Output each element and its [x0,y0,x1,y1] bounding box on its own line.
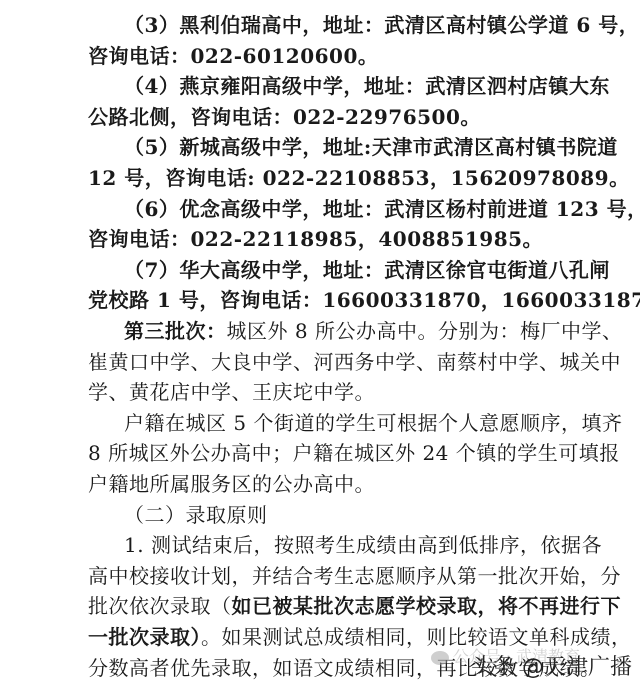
document-line: 1. 测试结束后，按照考生成绩由高到低排序，依据各 [124,532,602,558]
body-text: 学、黄花店中学、王庆坨中学。 [88,380,375,404]
document-line: 学、黄花店中学、王庆坨中学。 [88,379,375,405]
toutiao-watermark: 头条 @天津广播 [471,650,632,681]
document-line: （3）黑利伯瑞高中，地址：武清区高村镇公学道 6 号， [124,12,639,38]
body-text: 1. 测试结束后，按照考生成绩由高到低排序，依据各 [124,533,602,557]
bold-text: （3）黑利伯瑞高中，地址：武清区高村镇公学道 6 号， [124,13,639,37]
body-text: 户籍在城区 5 个街道的学生可根据个人意愿顺序，填齐 [124,411,622,435]
document-line: 公路北侧，咨询电话：022-22976500。 [88,104,481,130]
bold-text: （7）华大高级中学，地址：武清区徐官屯街道八孔闸 [124,258,610,282]
document-line: 8 所城区外公办高中；户籍在城区外 24 个镇的学生可填报 [88,440,620,466]
document-line: （4）燕京雍阳高级中学，地址：武清区泗村店镇大东 [124,73,610,99]
document-line: 12 号，咨询电话: 022-22108853，15620978089。 [88,165,630,191]
bold-text: 12 号，咨询电话: 022-22108853，15620978089。 [88,166,630,190]
document-line: 党校路 1 号，咨询电话：16600331870，16600331871。 [88,287,640,313]
bold-text: 公路北侧，咨询电话：022-22976500。 [88,105,481,129]
body-text: 高中校接收计划，并结合考生志愿顺序从第一批次开始，分 [88,564,621,588]
document-line: 崔黄口中学、大良中学、河西务中学、南蔡村中学、城关中 [88,349,621,375]
body-text: 8 所城区外公办高中；户籍在城区外 24 个镇的学生可填报 [88,441,620,465]
document-line: （二）录取原则 [124,502,268,528]
bold-text: （5）新城高级中学，地址:天津市武清区高村镇书院道 [124,135,618,159]
body-text: （二）录取原则 [124,503,268,527]
bold-text: 一批次录取） [88,625,201,649]
body-text: 批次依次录取（ [88,594,232,618]
body-text: 城区外 8 所公办高中。分别为：梅厂中学、 [227,319,623,343]
bold-text: 党校路 1 号，咨询电话：16600331870，16600331871。 [88,288,640,312]
document-line: 第三批次：城区外 8 所公办高中。分别为：梅厂中学、 [124,318,622,344]
bold-text: （6）优念高级中学，地址：武清区杨村前进道 123 号， [124,197,640,221]
body-text: 户籍地所属服务区的公办高中。 [88,472,375,496]
document-line: 户籍地所属服务区的公办高中。 [88,471,375,497]
bold-text: （4）燕京雍阳高级中学，地址：武清区泗村店镇大东 [124,74,610,98]
document-line: 户籍在城区 5 个街道的学生可根据个人意愿顺序，填齐 [124,410,622,436]
bold-text: 第三批次： [124,319,227,343]
document-line: （5）新城高级中学，地址:天津市武清区高村镇书院道 [124,134,618,160]
body-text: 崔黄口中学、大良中学、河西务中学、南蔡村中学、城关中 [88,350,621,374]
document-line: （7）华大高级中学，地址：武清区徐官屯街道八孔闸 [124,257,610,283]
document-line: 高中校接收计划，并结合考生志愿顺序从第一批次开始，分 [88,563,621,589]
bold-text: 咨询电话：022-60120600。 [88,44,378,68]
bold-text: 咨询电话：022-22118985，4008851985。 [88,227,543,251]
wechat-icon [431,651,449,665]
document-line: （6）优念高级中学，地址：武清区杨村前进道 123 号， [124,196,640,222]
bold-text: 如已被某批次志愿学校录取，将不再进行下 [232,594,622,618]
document-line: 咨询电话：022-22118985，4008851985。 [88,226,543,252]
document-line: 批次依次录取（如已被某批次志愿学校录取，将不再进行下 [88,593,621,619]
document-line: 咨询电话：022-60120600。 [88,43,378,69]
